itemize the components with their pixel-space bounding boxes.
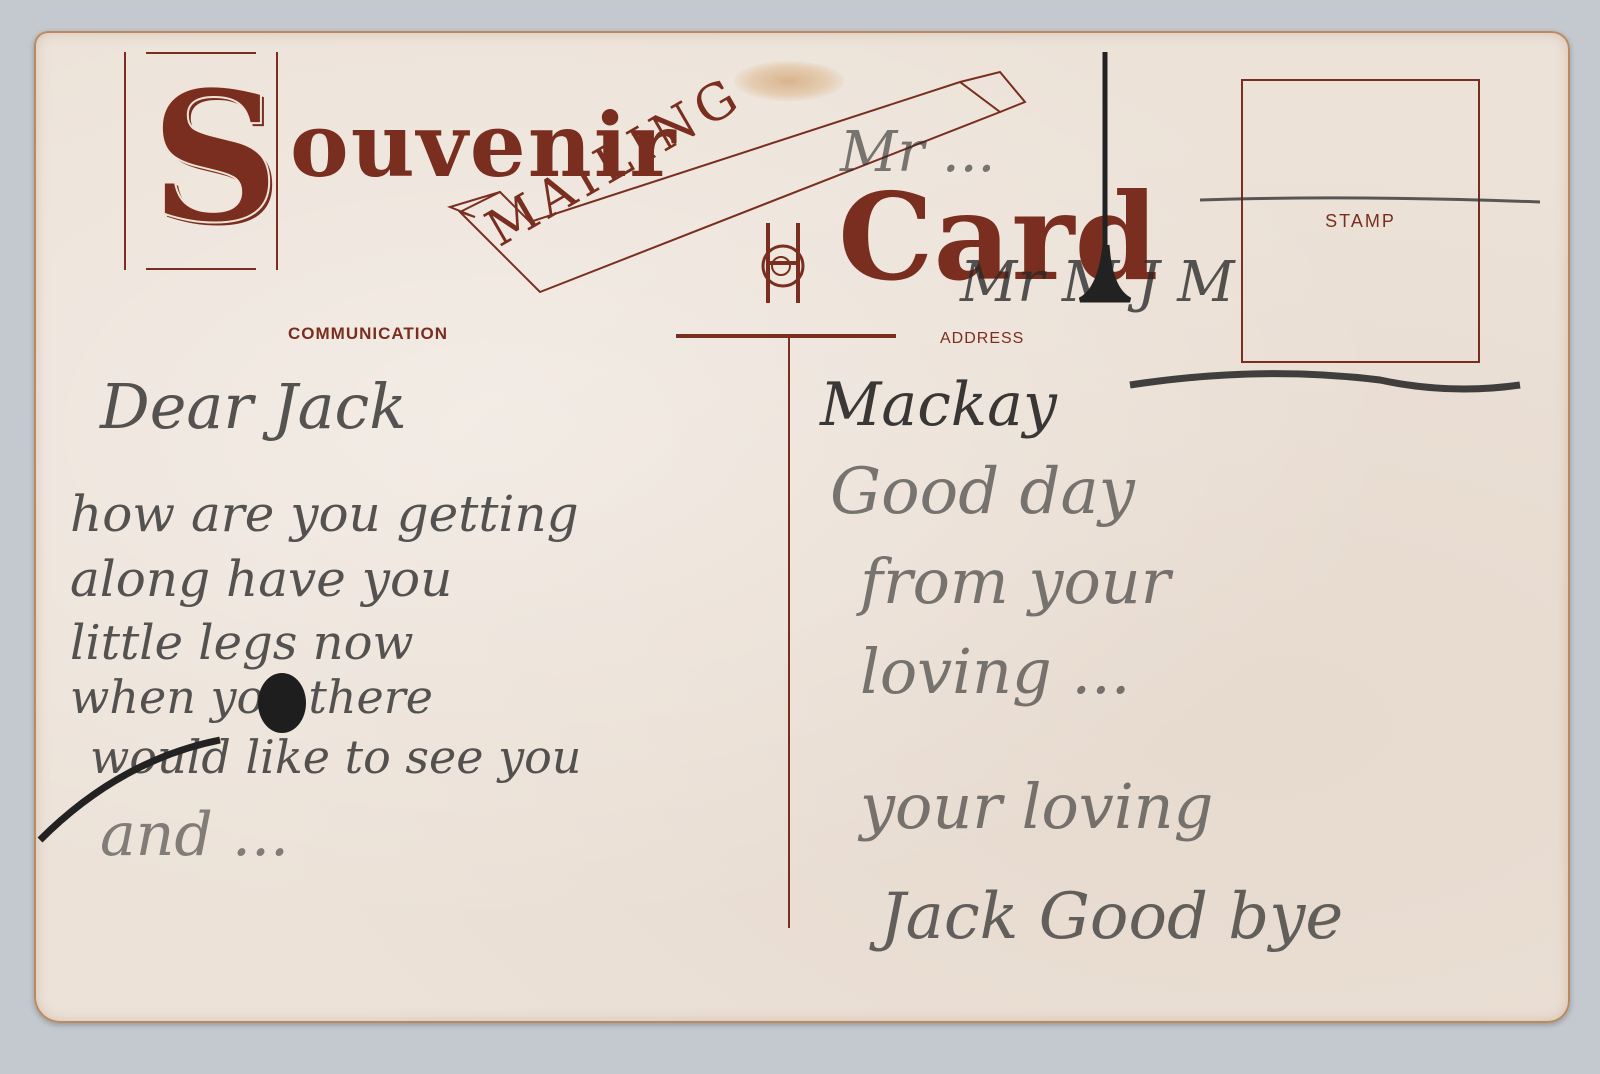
divider-vertical (788, 338, 790, 928)
handwriting-line: and ... (100, 800, 289, 870)
handwriting-line: when you there (70, 670, 433, 724)
handwriting-line: would like to see you (90, 730, 581, 784)
handwriting-line: your loving (860, 770, 1213, 843)
handwriting-line: Good day (830, 455, 1135, 529)
divider-horizontal (676, 334, 896, 338)
handwriting-line: Jack Good bye (880, 880, 1343, 954)
handwriting-line: Mr ... (840, 120, 995, 185)
handwriting-line: Mackay (820, 370, 1057, 440)
stamp-label: STAMP (1243, 211, 1478, 232)
handwriting-line: how are you getting (70, 485, 579, 543)
handwriting-line: Mr M J M (960, 250, 1235, 315)
handwriting-line: little legs now (70, 615, 414, 671)
souvenir-initial-letter: S (150, 68, 280, 248)
monogram-logo (748, 218, 818, 308)
handwriting-line: loving ... (860, 635, 1130, 708)
communication-label: COMMUNICATION (288, 324, 448, 344)
handwriting-line: Dear Jack (100, 370, 407, 443)
handwriting-line: along have you (70, 550, 452, 608)
address-label: ADDRESS (940, 330, 1024, 348)
stamp-box: STAMP (1241, 79, 1480, 363)
handwriting-line: from your (860, 545, 1170, 618)
